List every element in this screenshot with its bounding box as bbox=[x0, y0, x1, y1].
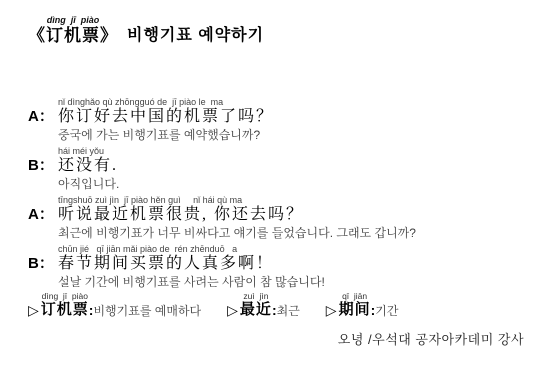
vocab-pinyin: zuì jìn bbox=[243, 292, 268, 301]
title-hanzi: 订机票 bbox=[46, 25, 100, 46]
vocab-item: ▷ qī jiān 期间 : 기간 bbox=[326, 292, 399, 320]
speaker-colon: ： bbox=[39, 255, 54, 272]
credit-line: 오녕 /우석대 공자아카데미 강사 bbox=[338, 329, 524, 348]
chinese-stack: tīngshuō zuì jìn jī piào hěn guì nǐ hái … bbox=[58, 195, 304, 225]
chinese-line: 听说最近机票很贵, 你还去吗？ bbox=[58, 205, 304, 225]
korean-line: 아직입니다. bbox=[58, 177, 416, 191]
title-korean: 비행기표 예약하기 bbox=[127, 25, 264, 46]
dialogue-line: B： hái méi yǒu 还没有. 아직입니다. bbox=[28, 146, 416, 191]
vocab-term-stack: qī jiān 期间 bbox=[339, 292, 371, 320]
vocab-meaning: 비행기표를 예매하다 bbox=[93, 303, 201, 320]
chinese-stack: hái méi yǒu 还没有. bbox=[58, 146, 118, 176]
title-pinyin: dìng jī piào bbox=[47, 15, 100, 25]
title-bracket-close: 》 bbox=[100, 25, 118, 46]
vocab-pinyin: qī jiān bbox=[342, 292, 367, 301]
pinyin-line: nǐ dìnghǎo qù zhōngguó de jī piào le ma bbox=[58, 97, 274, 107]
korean-line: 중국에 가는 비행기표를 예약했습니까? bbox=[58, 128, 416, 142]
dialogue-line-main: B： chūn jié qī jiān mǎi piào de rén zhēn… bbox=[28, 244, 416, 274]
vocab-meaning: 최근 bbox=[277, 303, 300, 320]
speaker-label: B： bbox=[28, 156, 58, 176]
speaker-label: A： bbox=[28, 205, 58, 225]
vocab-term: 期间 bbox=[339, 301, 371, 320]
speaker-colon: ： bbox=[39, 108, 54, 125]
chinese-line: 春节期间买票的人真多啊！ bbox=[58, 254, 274, 274]
vocab-pinyin: dìng jī piào bbox=[42, 292, 88, 301]
speaker-colon: ： bbox=[39, 157, 54, 174]
chinese-stack: chūn jié qī jiān mǎi piào de rén zhēnduō… bbox=[58, 244, 274, 274]
dialogue-line-main: A： tīngshuō zuì jìn jī piào hěn guì nǐ h… bbox=[28, 195, 416, 225]
speaker-letter: B bbox=[28, 157, 39, 174]
vocab-term: 最近 bbox=[240, 301, 272, 320]
pinyin-line: chūn jié qī jiān mǎi piào de rén zhēnduō… bbox=[58, 244, 274, 254]
vocab-item: ▷ dìng jī piào 订机票 : 비행기표를 예매하다 bbox=[28, 292, 201, 320]
lesson-page: 《 dìng jī piào 订机票 》 비행기표 예약하기 A： nǐ dìn… bbox=[0, 0, 540, 383]
dialogue-line-main: B： hái méi yǒu 还没有. bbox=[28, 146, 416, 176]
korean-line: 최근에 비행기표가 너무 비싸다고 얘기를 들었습니다. 그래도 갑니까? bbox=[58, 226, 416, 240]
dialogue-line: A： tīngshuō zuì jìn jī piào hěn guì nǐ h… bbox=[28, 195, 416, 240]
speaker-colon: ： bbox=[39, 206, 54, 223]
pinyin-line: hái méi yǒu bbox=[58, 146, 118, 156]
vocab-term-stack: zuì jìn 最近 bbox=[240, 292, 272, 320]
speaker-letter: B bbox=[28, 255, 39, 272]
triangle-marker-icon: ▷ bbox=[28, 301, 39, 320]
title-hanzi-stack: dìng jī piào 订机票 bbox=[46, 15, 100, 46]
dialogue-line: B： chūn jié qī jiān mǎi piào de rén zhēn… bbox=[28, 244, 416, 289]
pinyin-line: tīngshuō zuì jìn jī piào hěn guì nǐ hái … bbox=[58, 195, 304, 205]
vocab-meaning: 기간 bbox=[375, 303, 398, 320]
lesson-title: 《 dìng jī piào 订机票 》 비행기표 예약하기 bbox=[28, 15, 264, 46]
speaker-label: A： bbox=[28, 107, 58, 127]
vocab-item: ▷ zuì jìn 最近 : 최근 bbox=[227, 292, 300, 320]
korean-line: 설날 기간에 비행기표를 사려는 사람이 참 많습니다! bbox=[58, 275, 416, 289]
speaker-letter: A bbox=[28, 108, 39, 125]
vocabulary-section: ▷ dìng jī piào 订机票 : 비행기표를 예매하다 ▷ zuì jì… bbox=[28, 292, 398, 320]
dialogue-line-main: A： nǐ dìnghǎo qù zhōngguó de jī piào le … bbox=[28, 97, 416, 127]
vocab-term-stack: dìng jī piào 订机票 bbox=[41, 292, 89, 320]
triangle-marker-icon: ▷ bbox=[326, 301, 337, 320]
vocab-term: 订机票 bbox=[41, 301, 89, 320]
speaker-letter: A bbox=[28, 206, 39, 223]
title-bracket-open: 《 bbox=[28, 25, 46, 46]
dialogue-line: A： nǐ dìnghǎo qù zhōngguó de jī piào le … bbox=[28, 97, 416, 142]
dialogue-section: A： nǐ dìnghǎo qù zhōngguó de jī piào le … bbox=[28, 97, 416, 293]
chinese-stack: nǐ dìnghǎo qù zhōngguó de jī piào le ma … bbox=[58, 97, 274, 127]
speaker-label: B： bbox=[28, 254, 58, 274]
chinese-line: 你订好去中国的机票了吗？ bbox=[58, 107, 274, 127]
triangle-marker-icon: ▷ bbox=[227, 301, 238, 320]
chinese-line: 还没有. bbox=[58, 156, 118, 176]
